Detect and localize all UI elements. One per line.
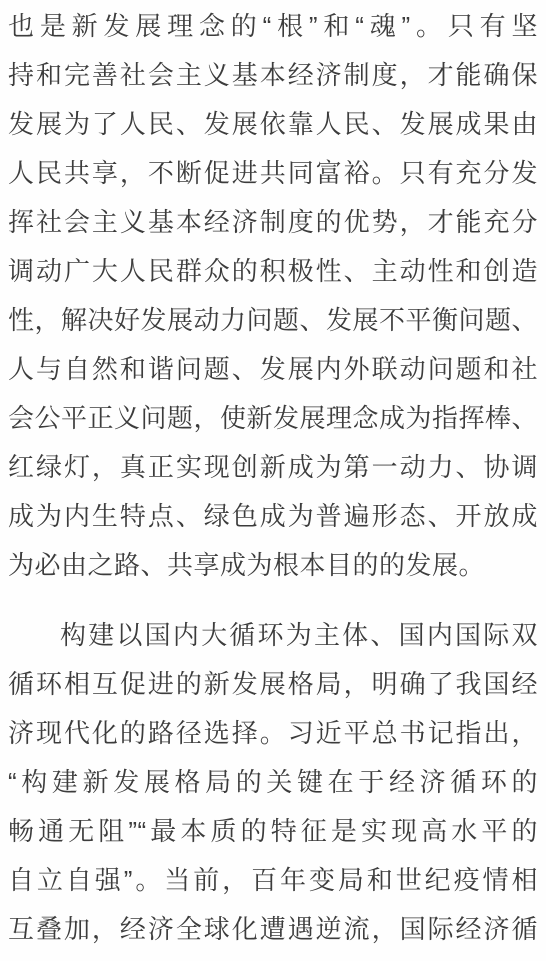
article-body: 也是新发展理念的“根”和“魂”。只有坚 持和完善社会主义基本经济制度，才能确保 …	[0, 0, 546, 961]
text-line: 会公平正义问题，使新发展理念成为指挥棒、	[8, 394, 538, 443]
text-line: 为必由之路、共享成为根本目的的发展。	[8, 541, 538, 590]
text-line: 自立自强”。当前，百年变局和世纪疫情相	[8, 856, 538, 905]
text-line: “构建新发展格局的关键在于经济循环的	[8, 758, 538, 807]
paragraph: 构建以国内大循环为主体、国内国际双 循环相互促进的新发展格局，明确了我国经 济现…	[8, 611, 538, 954]
text-line: 循环相互促进的新发展格局，明确了我国经	[8, 660, 538, 709]
paragraph: 也是新发展理念的“根”和“魂”。只有坚 持和完善社会主义基本经济制度，才能确保 …	[8, 2, 538, 590]
text-line: 济现代化的路径选择。习近平总书记指出，	[8, 709, 538, 758]
text-line: 成为内生特点、绿色成为普遍形态、开放成	[8, 492, 538, 541]
text-line: 调动广大人民群众的积极性、主动性和创造	[8, 247, 538, 296]
text-line: 红绿灯，真正实现创新成为第一动力、协调	[8, 443, 538, 492]
text-line: 人民共享，不断促进共同富裕。只有充分发	[8, 149, 538, 198]
text-line: 构建以国内大循环为主体、国内国际双	[8, 611, 538, 660]
text-line: 持和完善社会主义基本经济制度，才能确保	[8, 51, 538, 100]
text-line: 互叠加，经济全球化遭遇逆流，国际经济循	[8, 905, 538, 954]
text-line: 人与自然和谐问题、发展内外联动问题和社	[8, 345, 538, 394]
text-line: 挥社会主义基本经济制度的优势，才能充分	[8, 198, 538, 247]
text-line: 畅通无阻”“最本质的特征是实现高水平的	[8, 807, 538, 856]
text-line: 发展为了人民、发展依靠人民、发展成果由	[8, 100, 538, 149]
text-line: 也是新发展理念的“根”和“魂”。只有坚	[8, 2, 538, 51]
text-line: 性，解决好发展动力问题、发展不平衡问题、	[8, 296, 538, 345]
